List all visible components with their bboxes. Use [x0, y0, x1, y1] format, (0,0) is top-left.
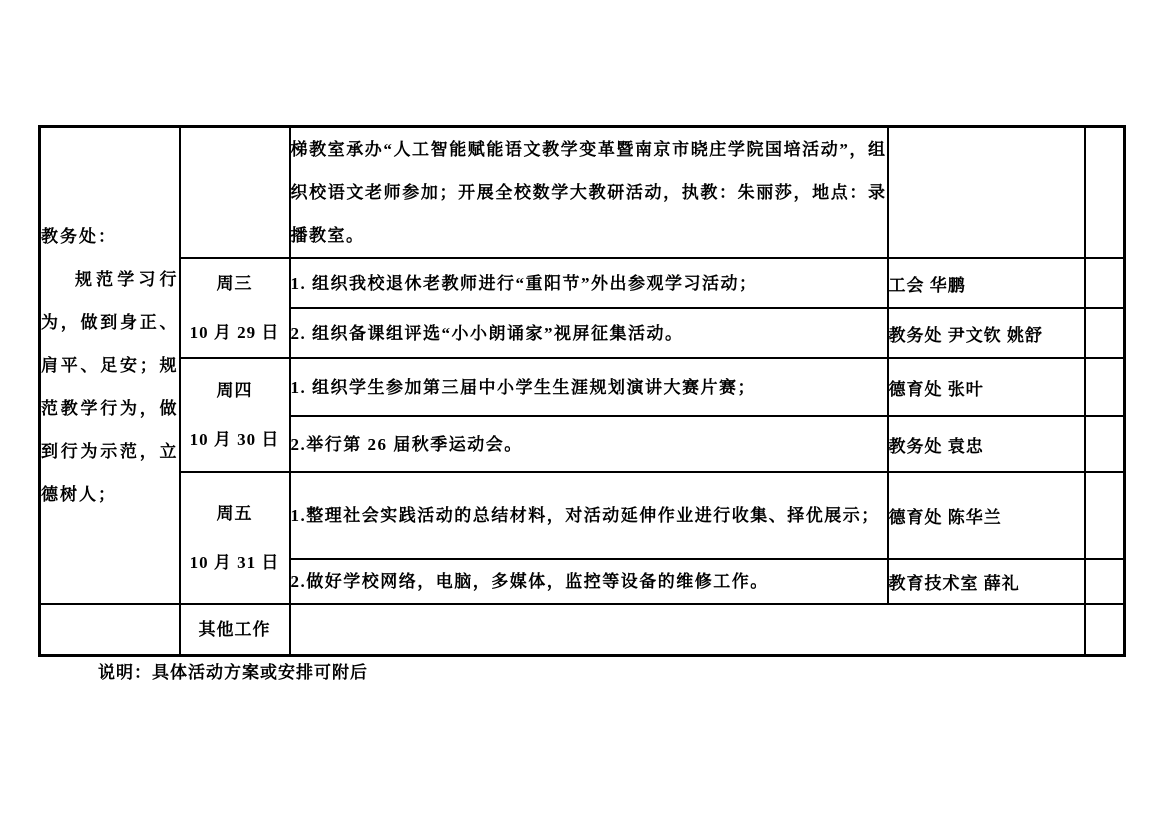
- day-label: 周三: [181, 259, 289, 308]
- check-cell: [1085, 358, 1125, 416]
- department-note-body: 规范学习行为，做到身正、肩平、足安；规范教学行为，做到行为示范，立德树人；: [41, 258, 179, 516]
- footnote: 说明：具体活动方案或安排可附后: [98, 658, 368, 683]
- weekly-schedule-table: 教务处： 规范学习行为，做到身正、肩平、足安；规范教学行为，做到行为示范，立德树…: [38, 125, 1126, 657]
- check-cell: [1085, 258, 1125, 308]
- day-cell-thursday: 周四 10 月 30 日: [180, 358, 290, 472]
- check-cell: [1085, 416, 1125, 472]
- day-date: 10 月 31 日: [181, 538, 289, 587]
- owner-cell: 教务处 尹文钦 姚舒: [888, 308, 1085, 358]
- day-cell-wednesday: 周三 10 月 29 日: [180, 258, 290, 358]
- document-page: 教务处： 规范学习行为，做到身正、肩平、足安；规范教学行为，做到行为示范，立德树…: [0, 0, 1170, 827]
- day-label: 周五: [181, 489, 289, 538]
- owner-cell: 德育处 张叶: [888, 358, 1085, 416]
- check-cell: [1085, 472, 1125, 559]
- owner-cell: 教育技术室 薛礼: [888, 559, 1085, 604]
- task-cell: 2.做好学校网络，电脑，多媒体，监控等设备的维修工作。: [290, 559, 888, 604]
- department-note-cell: 教务处： 规范学习行为，做到身正、肩平、足安；规范教学行为，做到行为示范，立德树…: [40, 127, 180, 605]
- other-work-content-cell: [290, 604, 1085, 656]
- task-cell: 2.举行第 26 届秋季运动会。: [290, 416, 888, 472]
- task-cell: 1.整理社会实践活动的总结材料，对活动延伸作业进行收集、择优展示；: [290, 472, 888, 559]
- day-date: 10 月 29 日: [181, 308, 289, 357]
- department-note-title: 教务处：: [41, 215, 179, 258]
- owner-cell-empty: [888, 127, 1085, 259]
- owner-cell: 工会 华鹏: [888, 258, 1085, 308]
- empty-cell: [40, 604, 180, 656]
- check-cell: [1085, 559, 1125, 604]
- check-cell: [1085, 127, 1125, 259]
- day-cell-friday: 周五 10 月 31 日: [180, 472, 290, 604]
- day-label: 周四: [181, 366, 289, 415]
- check-cell: [1085, 604, 1125, 656]
- other-work-label-cell: 其他工作: [180, 604, 290, 656]
- owner-cell: 德育处 陈华兰: [888, 472, 1085, 559]
- day-date: 10 月 30 日: [181, 415, 289, 464]
- day-cell-empty: [180, 127, 290, 259]
- task-cell: 2. 组织备课组评选“小小朗诵家”视屏征集活动。: [290, 308, 888, 358]
- owner-cell: 教务处 袁忠: [888, 416, 1085, 472]
- carryover-task-cell: 梯教室承办“人工智能赋能语文教学变革暨南京市晓庄学院国培活动”，组织校语文老师参…: [290, 127, 888, 259]
- task-cell: 1. 组织我校退休老教师进行“重阳节”外出参观学习活动；: [290, 258, 888, 308]
- task-cell: 1. 组织学生参加第三届中小学生生涯规划演讲大赛片赛；: [290, 358, 888, 416]
- check-cell: [1085, 308, 1125, 358]
